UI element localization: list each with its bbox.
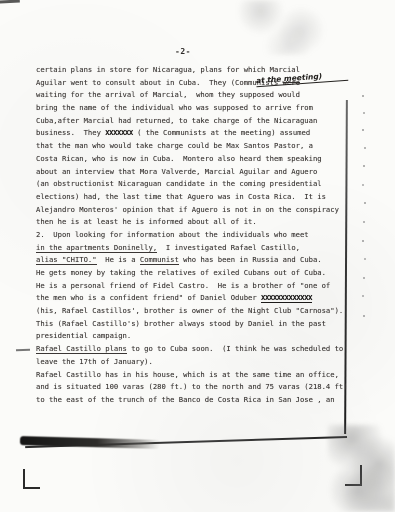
- typed-line: that the man who would take charge could…: [36, 140, 348, 153]
- typed-line: (an obstructionist Nicaraguan candidate …: [36, 178, 348, 191]
- margin-pencil-dash: [16, 349, 30, 351]
- typed-line: Cuba,after Marcial had returned, to take…: [36, 115, 348, 128]
- typed-line: to the east of the trunch of the Banco d…: [36, 394, 348, 407]
- typed-line: bring the name of the individual who was…: [36, 102, 348, 115]
- scan-speck-column: [362, 95, 364, 97]
- typed-line: the men who is a confident friend" of Da…: [36, 292, 348, 305]
- scan-noise-bottom-right: [328, 425, 395, 512]
- typed-line: presidential campaign.: [36, 330, 348, 343]
- typed-line: elections) had, the last time that Aguer…: [36, 191, 348, 204]
- typed-line: He is a personal friend of Fidel Castro.…: [36, 280, 348, 293]
- typed-line: (his, Rafael Castillos', brother is owne…: [36, 305, 348, 318]
- scanned-document-page: -2- certain plans in store for Nicaragua…: [0, 0, 395, 512]
- typed-line: Costa Rican, who is now in Cuba. Montero…: [36, 153, 348, 166]
- crop-mark-bottom-left: [23, 469, 40, 489]
- typed-line: He gets money by taking the relatives of…: [36, 267, 348, 280]
- typed-line: in the apartments Doninelly, I investiga…: [36, 242, 348, 255]
- typed-text-block: certain plans in store for Nicaragua, pl…: [36, 64, 348, 407]
- scan-corner-mark-top-left: [0, 0, 20, 11]
- typed-line: Alejandro Monteros' opinion that if Ague…: [36, 204, 348, 217]
- typed-line: and is situated 100 varas (280 ft.) to t…: [36, 381, 348, 394]
- typed-line: Rafael Castillo plans to go to Cuba soon…: [36, 343, 348, 356]
- typed-line: then he is at least he is informed about…: [36, 216, 348, 229]
- typed-line: This (Rafael Castillo's) brother always …: [36, 318, 348, 331]
- typed-line: business. They XXXXXXX ( the Communists …: [36, 127, 348, 140]
- page-number: -2-: [0, 47, 366, 56]
- typed-line: about an interview that Mora Valverde, M…: [36, 166, 348, 179]
- typed-line: 2. Upon looking for information about th…: [36, 229, 348, 242]
- typed-line: Rafael Castillo has in his house, which …: [36, 369, 348, 382]
- typed-line: waiting for the arrival of Marcial, whom…: [36, 89, 348, 102]
- typed-line: alias "CHITO." He is a Communist who has…: [36, 254, 348, 267]
- typed-line: leave the 17th of January).: [36, 356, 348, 369]
